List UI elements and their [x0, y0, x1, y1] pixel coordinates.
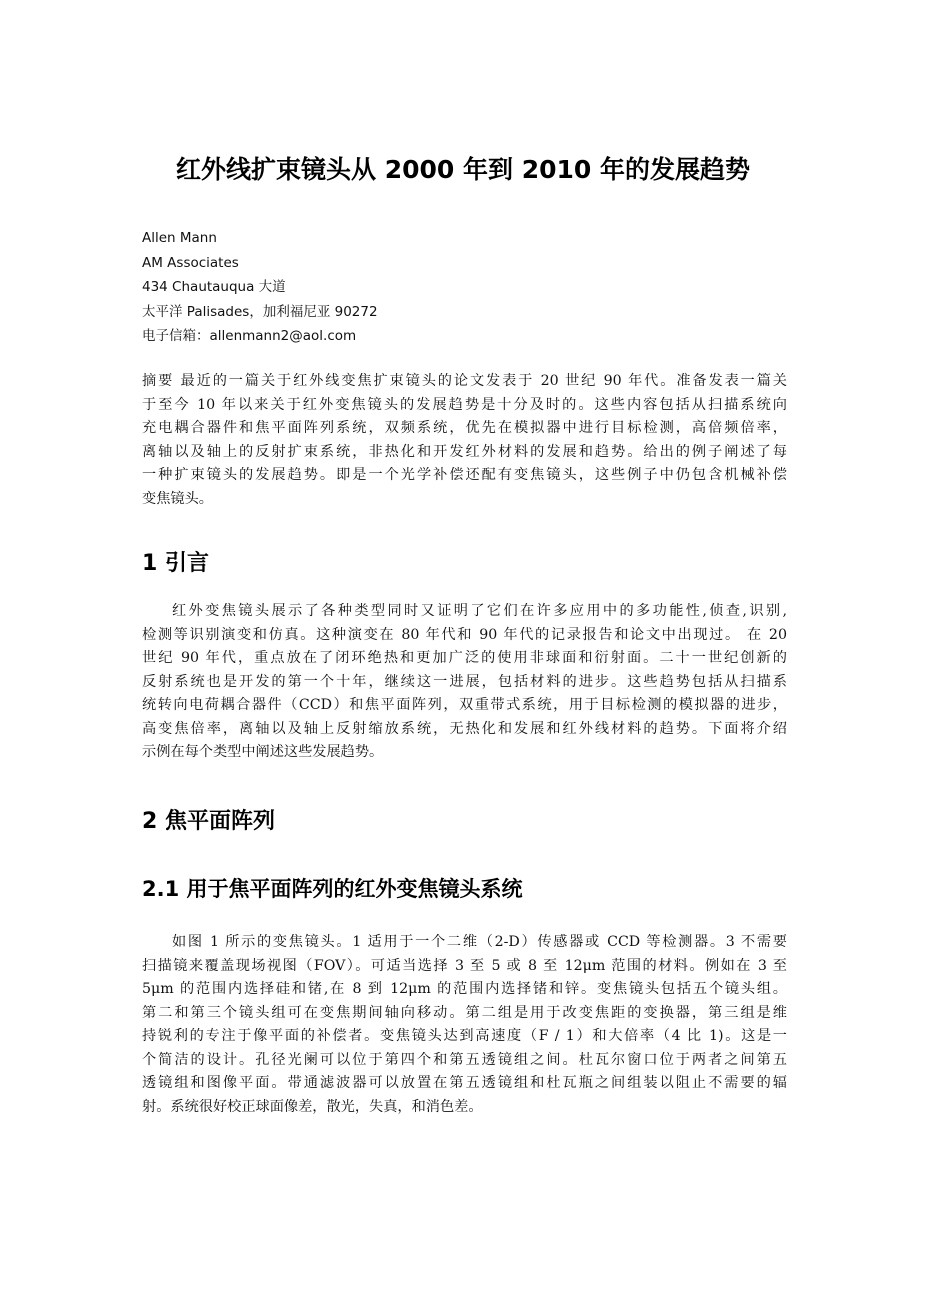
author-address-line1: 434 Chautauqua 大道: [142, 275, 378, 300]
section-heading-focal-plane-array: 2 焦平面阵列: [142, 804, 275, 835]
paragraph-line: 世纪 90 年代，重点放在了闭环绝热和更加广泛的使用非球面和衍射面。二十一世纪创…: [142, 647, 787, 671]
paragraph-line: 反射系统也是开发的第一个十年，继续这一进展，包括材料的进步。这些趋势包括从扫描系: [142, 671, 787, 695]
paragraph-line: 高变焦倍率，离轴以及轴上反射缩放系统，无热化和发展和红外线材料的趋势。下面将介绍: [142, 718, 787, 742]
author-block: Allen Mann AM Associates 434 Chautauqua …: [142, 226, 378, 349]
paper-title: 红外线扩束镜头从 2000 年到 2010 年的发展趋势: [0, 150, 926, 186]
paragraph-line: 射。系统很好校正球面像差，散光，失真，和消色差。: [142, 1096, 787, 1120]
introduction-paragraph: 红外变焦镜头展示了各种类型同时又证明了它们在许多应用中的多功能性,侦查,识别, …: [142, 600, 787, 765]
abstract-paragraph: 摘要 最近的一篇关于红外线变焦扩束镜头的论文发表于 20 世纪 90 年代。准备…: [142, 370, 787, 511]
paragraph-line: 红外变焦镜头展示了各种类型同时又证明了它们在许多应用中的多功能性,侦查,识别,: [142, 600, 787, 624]
section-heading-introduction: 1 引言: [142, 546, 209, 577]
paragraph-line: 如图 1 所示的变焦镜头。1 适用于一个二维（2-D）传感器或 CCD 等检测器…: [142, 931, 787, 955]
author-name: Allen Mann: [142, 226, 378, 251]
document-page: 红外线扩束镜头从 2000 年到 2010 年的发展趋势 Allen Mann …: [0, 0, 926, 1309]
author-email: 电子信箱：allenmann2@aol.com: [142, 324, 378, 349]
paragraph-line: 持锐利的专注于像平面的补偿者。变焦镜头达到高速度（F / 1）和大倍率（4 比 …: [142, 1025, 787, 1049]
paragraph-line: 示例在每个类型中阐述这些发展趋势。: [142, 741, 787, 765]
abstract-line: 充电耦合器件和焦平面阵列系统，双频系统，优先在模拟器中进行目标检测，高倍频倍率，: [142, 417, 787, 441]
subsection-heading-ir-zoom-for-fpa: 2.1 用于焦平面阵列的红外变焦镜头系统: [142, 873, 523, 903]
paragraph-line: 扫描镜来覆盖现场视图（FOV）。可适当选择 3 至 5 或 8 至 12μm 范…: [142, 955, 787, 979]
paragraph-line: 第二和第三个镜头组可在变焦期间轴向移动。第二组是用于改变焦距的变换器，第三组是维: [142, 1002, 787, 1026]
subsection-paragraph: 如图 1 所示的变焦镜头。1 适用于一个二维（2-D）传感器或 CCD 等检测器…: [142, 931, 787, 1119]
paragraph-line: 透镜组和图像平面。带通滤波器可以放置在第五透镜组和杜瓦瓶之间组装以阻止不需要的辐: [142, 1072, 787, 1096]
abstract-line: 离轴以及轴上的反射扩束系统，非热化和开发红外材料的发展和趋势。给出的例子阐述了每: [142, 441, 787, 465]
abstract-line: 于至今 10 年以来关于红外变焦镜头的发展趋势是十分及时的。这些内容包括从扫描系…: [142, 394, 787, 418]
abstract-line: 变焦镜头。: [142, 488, 787, 512]
author-address-line2: 太平洋 Palisades，加利福尼亚 90272: [142, 300, 378, 325]
author-organization: AM Associates: [142, 251, 378, 276]
abstract-line: 一种扩束镜头的发展趋势。即是一个光学补偿还配有变焦镜头，这些例子中仍包含机械补偿: [142, 464, 787, 488]
paragraph-line: 检测等识别演变和仿真。这种演变在 80 年代和 90 年代的记录报告和论文中出现…: [142, 624, 787, 648]
paragraph-line: 个简洁的设计。孔径光阑可以位于第四个和第五透镜组之间。杜瓦尔窗口位于两者之间第五: [142, 1049, 787, 1073]
paragraph-line: 统转向电荷耦合器件（CCD）和焦平面阵列，双重带式系统，用于目标检测的模拟器的进…: [142, 694, 787, 718]
paragraph-line: 5μm 的范围内选择硅和锗,在 8 到 12μm 的范围内选择锗和锌。变焦镜头包…: [142, 978, 787, 1002]
abstract-line: 摘要 最近的一篇关于红外线变焦扩束镜头的论文发表于 20 世纪 90 年代。准备…: [142, 370, 787, 394]
